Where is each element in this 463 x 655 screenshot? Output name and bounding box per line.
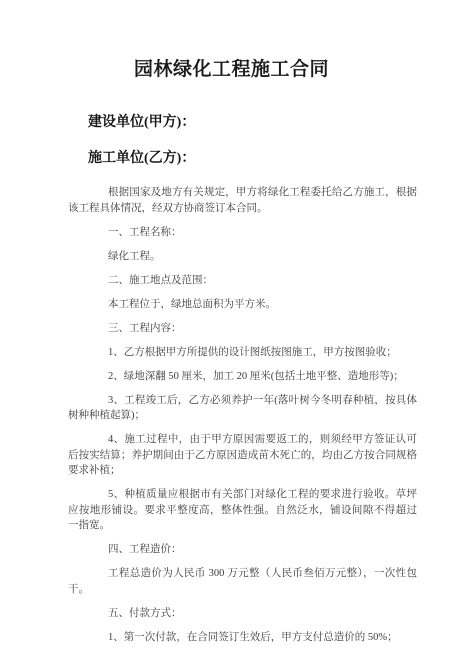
party-a-label: 建设单位(甲方)： — [88, 114, 417, 131]
section-4-paragraph: 工程总造价为人民币 300 万元整（人民币叁佰万元整），一次性包干。 — [68, 566, 417, 597]
section-1-heading: 一、工程名称： — [68, 225, 417, 241]
document-title: 园林绿化工程施工合同 — [0, 58, 463, 81]
section-3-heading: 三、工程内容： — [68, 321, 417, 337]
contract-document-page: 园林绿化工程施工合同 建设单位(甲方)： 施工单位(乙方)： 根据国家及地方有关… — [0, 0, 463, 655]
section-3-item-1: 1、乙方根据甲方所提供的设计图纸按图施工，甲方按图验收； — [68, 345, 417, 361]
section-3-item-5: 5、种植质量应根据市有关部门对绿化工程的要求进行验收。草坪应按地形铺设。要求平整… — [68, 487, 417, 534]
party-b-label: 施工单位(乙方)： — [88, 150, 417, 167]
section-3-item-4: 4、施工过程中，由于甲方原因需要返工的，则须经甲方签证认可后按实结算；养护期间由… — [68, 432, 417, 479]
section-3-item-2: 2、绿地深翻 50 厘米，加工 20 厘米(包括土地平整、造地形等)； — [68, 369, 417, 385]
intro-paragraph: 根据国家及地方有关规定，甲方将绿化工程委托给乙方施工，根据该工程具体情况，经双方… — [68, 185, 417, 216]
section-3-item-3: 3、工程竣工后，乙方必须养护一年(落叶树今冬明春种植，按具体树种种植起算)； — [68, 393, 417, 424]
document-body: 建设单位(甲方)： 施工单位(乙方)： 根据国家及地方有关规定，甲方将绿化工程委… — [0, 114, 463, 645]
section-2-heading: 二、施工地点及范围： — [68, 273, 417, 289]
section-5-heading: 五、付款方式： — [68, 606, 417, 622]
section-1-paragraph: 绿化工程。 — [68, 249, 417, 265]
section-4-heading: 四、工程造价： — [68, 542, 417, 558]
section-2-paragraph: 本工程位于，绿地总面积为平方米。 — [68, 297, 417, 313]
section-5-item-1: 1、第一次付款，在合同签订生效后，甲方支付总造价的 50%； — [68, 630, 417, 646]
